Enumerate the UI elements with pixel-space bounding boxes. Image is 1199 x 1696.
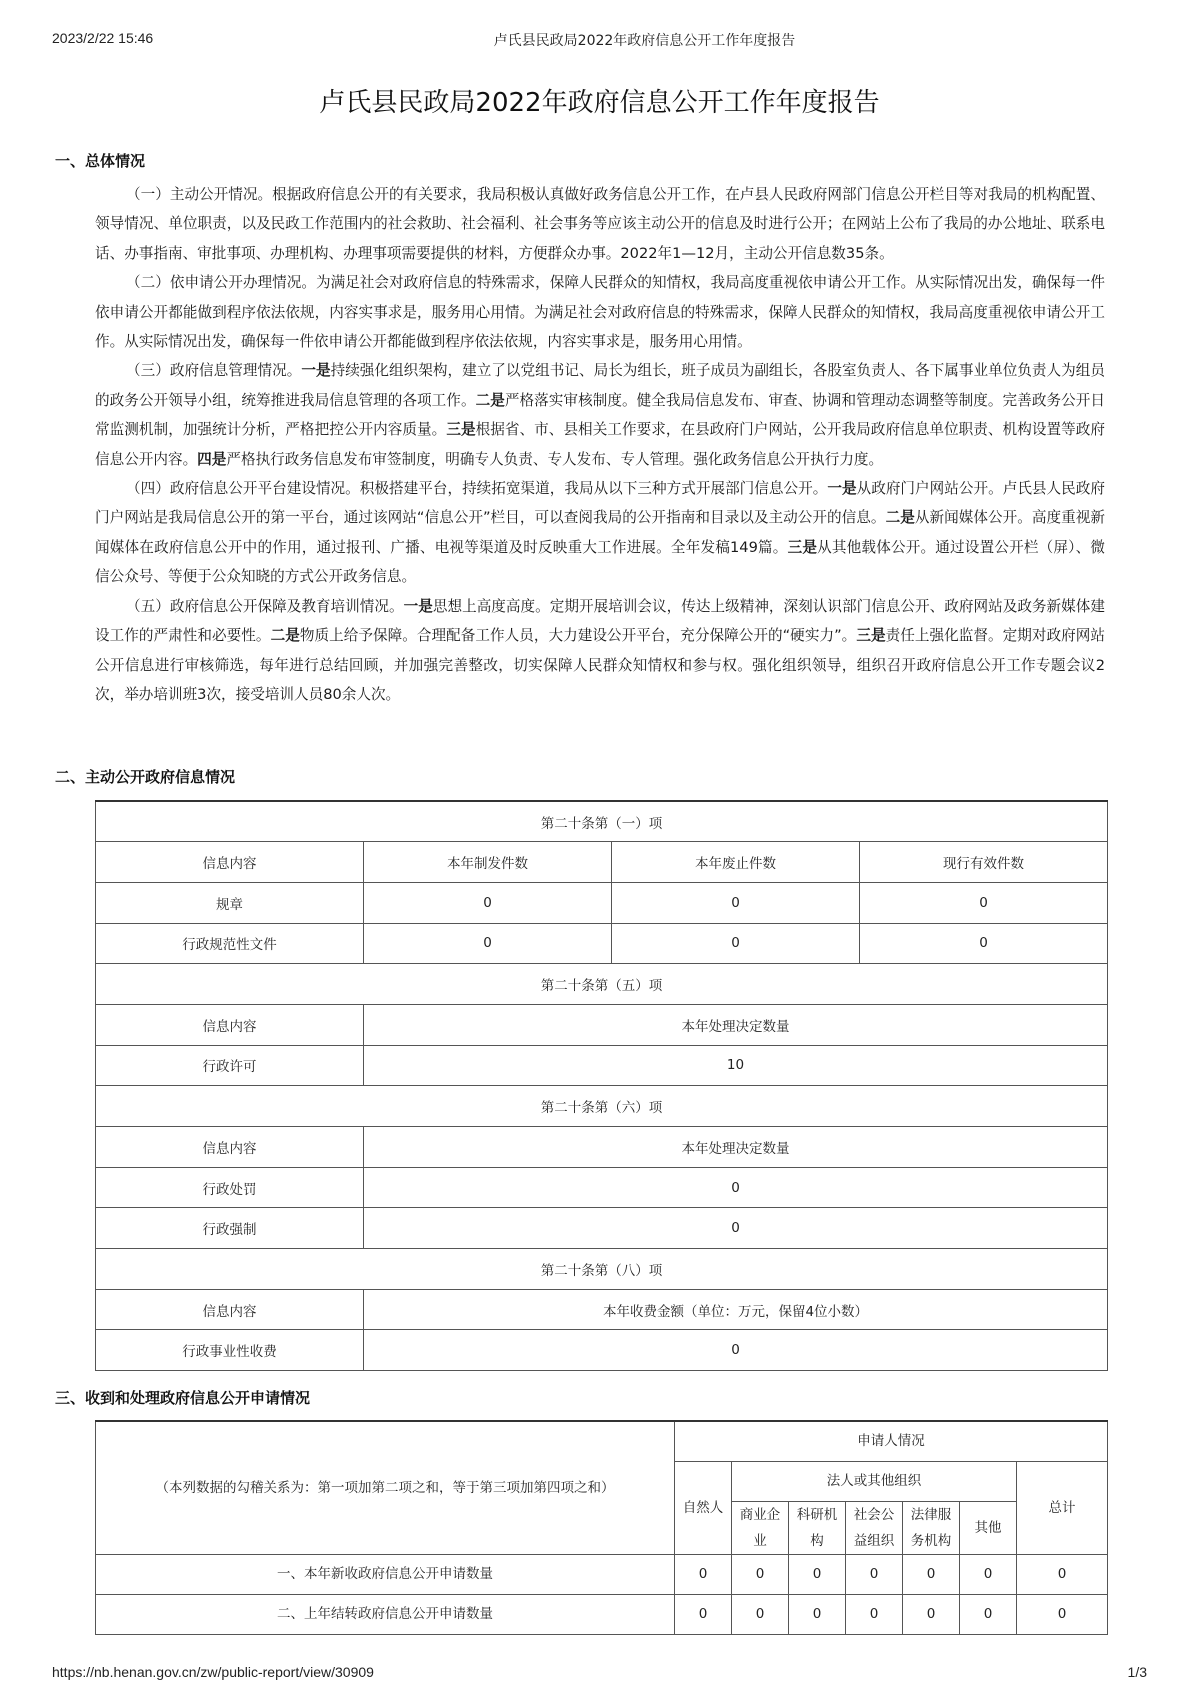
table-cell: 10 bbox=[364, 1045, 1108, 1086]
table-cell: 0 bbox=[364, 1208, 1108, 1249]
proactive-disclosure-table: 第二十条第（一）项 信息内容 本年制发件数 本年废止件数 现行有效件数 规章 0… bbox=[95, 800, 1108, 1371]
table-cell: 0 bbox=[903, 1554, 960, 1594]
emphasis-text: 二是 bbox=[271, 627, 300, 644]
emphasis-text: 二是 bbox=[476, 392, 505, 409]
table-cell: 0 bbox=[960, 1594, 1017, 1634]
table-cell: 0 bbox=[789, 1594, 846, 1634]
table-cell: 0 bbox=[732, 1594, 789, 1634]
table-cell: 0 bbox=[1017, 1554, 1108, 1594]
column-header: 本年废止件数 bbox=[612, 842, 860, 883]
column-header: 信息内容 bbox=[96, 1289, 364, 1330]
item8-title: 第二十条第（八）项 bbox=[96, 1249, 1108, 1290]
paragraph-text: （一）主动公开情况。根据政府信息公开的有关要求，我局积极认真做好政务信息公开工作… bbox=[95, 186, 1105, 262]
table-cell: 0 bbox=[960, 1554, 1017, 1594]
table-cell: 0 bbox=[364, 1167, 1108, 1208]
emphasis-text: 三是 bbox=[446, 421, 475, 438]
column-header: 本年处理决定数量 bbox=[364, 1127, 1108, 1168]
print-footer-url: https://nb.henan.gov.cn/zw/public-report… bbox=[52, 1664, 374, 1680]
section-heading-overview: 一、总体情况 bbox=[55, 150, 145, 171]
section-heading-requests: 三、收到和处理政府信息公开申请情况 bbox=[55, 1387, 310, 1408]
table-cell: 行政强制 bbox=[96, 1208, 364, 1249]
column-header: 信息内容 bbox=[96, 1127, 364, 1168]
body-paragraph: （一）主动公开情况。根据政府信息公开的有关要求，我局积极认真做好政务信息公开工作… bbox=[95, 180, 1105, 268]
subcol-header: 科研机构 bbox=[789, 1501, 846, 1554]
table-row: 行政许可 10 bbox=[96, 1045, 1108, 1086]
table-row: 二、上年结转政府信息公开申请数量 0 0 0 0 0 0 0 bbox=[96, 1594, 1108, 1634]
table-cell: 行政事业性收费 bbox=[96, 1330, 364, 1371]
emphasis-text: 三是 bbox=[788, 539, 818, 556]
paragraph-text: （三）政府信息管理情况。 bbox=[126, 362, 301, 379]
natural-person-header: 自然人 bbox=[675, 1461, 732, 1554]
table-cell: 0 bbox=[732, 1554, 789, 1594]
table-cell: 0 bbox=[860, 923, 1108, 964]
emphasis-text: 一是 bbox=[404, 598, 433, 615]
table-row: 第二十条第（八）项 bbox=[96, 1249, 1108, 1290]
column-header: 本年收费金额（单位：万元，保留4位小数） bbox=[364, 1289, 1108, 1330]
row-label: 一、本年新收政府信息公开申请数量 bbox=[96, 1554, 675, 1594]
column-header: 信息内容 bbox=[96, 842, 364, 883]
column-header: 本年制发件数 bbox=[364, 842, 612, 883]
table-cell: 0 bbox=[612, 923, 860, 964]
table-row: 一、本年新收政府信息公开申请数量 0 0 0 0 0 0 0 bbox=[96, 1554, 1108, 1594]
table-cell: 0 bbox=[675, 1594, 732, 1634]
table-cell: 规章 bbox=[96, 882, 364, 923]
column-header: 现行有效件数 bbox=[860, 842, 1108, 883]
table-cell: 行政处罚 bbox=[96, 1167, 364, 1208]
emphasis-text: 四是 bbox=[197, 451, 226, 468]
body-paragraph: （三）政府信息管理情况。一是持续强化组织架构，建立了以党组书记、局长为组长，班子… bbox=[95, 356, 1105, 474]
table-header-row: 信息内容 本年收费金额（单位：万元，保留4位小数） bbox=[96, 1289, 1108, 1330]
section-overview-body: （一）主动公开情况。根据政府信息公开的有关要求，我局积极认真做好政务信息公开工作… bbox=[95, 180, 1105, 709]
emphasis-text: 一是 bbox=[301, 362, 330, 379]
table-row: 行政处罚 0 bbox=[96, 1167, 1108, 1208]
table-header-row: （本列数据的勾稽关系为：第一项加第二项之和，等于第三项加第四项之和） 申请人情况 bbox=[96, 1421, 1108, 1461]
table-row: 规章 0 0 0 bbox=[96, 882, 1108, 923]
table-cell: 0 bbox=[903, 1594, 960, 1634]
table-row: 第二十条第（六）项 bbox=[96, 1086, 1108, 1127]
print-footer-page-number: 1/3 bbox=[1128, 1664, 1147, 1680]
item1-title: 第二十条第（一）项 bbox=[96, 801, 1108, 842]
body-paragraph: （二）依申请公开办理情况。为满足社会对政府信息的特殊需求，保障人民群众的知情权，… bbox=[95, 268, 1105, 356]
section-heading-proactive-disclosure: 二、主动公开政府信息情况 bbox=[55, 766, 235, 787]
paragraph-text: 严格执行政务信息发布审签制度，明确专人负责、专人发布、专人管理。强化政务信息公开… bbox=[226, 451, 883, 468]
document-title: 卢氏县民政局2022年政府信息公开工作年度报告 bbox=[0, 82, 1199, 119]
table-header-row: 信息内容 本年处理决定数量 bbox=[96, 1127, 1108, 1168]
item6-title: 第二十条第（六）项 bbox=[96, 1086, 1108, 1127]
table-header-row: 信息内容 本年处理决定数量 bbox=[96, 1004, 1108, 1045]
emphasis-text: 二是 bbox=[886, 509, 915, 526]
table-cell: 0 bbox=[364, 1330, 1108, 1371]
body-paragraph: （四）政府信息公开平台建设情况。积极搭建平台，持续拓宽渠道，我局从以下三种方式开… bbox=[95, 474, 1105, 592]
table-row: 行政强制 0 bbox=[96, 1208, 1108, 1249]
table-cell: 0 bbox=[364, 923, 612, 964]
table-row: 第二十条第（五）项 bbox=[96, 964, 1108, 1005]
emphasis-text: 三是 bbox=[856, 627, 885, 644]
paragraph-text: （二）依申请公开办理情况。为满足社会对政府信息的特殊需求，保障人民群众的知情权，… bbox=[95, 274, 1105, 350]
total-header: 总计 bbox=[1017, 1461, 1108, 1554]
paragraph-text: （四）政府信息公开平台建设情况。积极搭建平台，持续拓宽渠道，我局从以下三种方式开… bbox=[126, 480, 827, 497]
column-header: 信息内容 bbox=[96, 1004, 364, 1045]
table-cell: 0 bbox=[860, 882, 1108, 923]
table-row: 行政事业性收费 0 bbox=[96, 1330, 1108, 1371]
requests-table: （本列数据的勾稽关系为：第一项加第二项之和，等于第三项加第四项之和） 申请人情况… bbox=[95, 1420, 1108, 1635]
subcol-header: 其他 bbox=[960, 1501, 1017, 1554]
body-paragraph: （五）政府信息公开保障及教育培训情况。一是思想上高度高度。定期开展培训会议，传达… bbox=[95, 592, 1105, 710]
table-cell: 0 bbox=[1017, 1594, 1108, 1634]
table-cell: 行政规范性文件 bbox=[96, 923, 364, 964]
row-label: 二、上年结转政府信息公开申请数量 bbox=[96, 1594, 675, 1634]
emphasis-text: 一是 bbox=[827, 480, 856, 497]
item5-title: 第二十条第（五）项 bbox=[96, 964, 1108, 1005]
table-cell: 0 bbox=[846, 1554, 903, 1594]
paragraph-text: 物质上给予保障。合理配备工作人员，大力建设公开平台，充分保障公开的“硬实力”。 bbox=[300, 627, 856, 644]
subcol-header: 法律服务机构 bbox=[903, 1501, 960, 1554]
table-header-row: 信息内容 本年制发件数 本年废止件数 现行有效件数 bbox=[96, 842, 1108, 883]
table-cell: 0 bbox=[846, 1594, 903, 1634]
table-row: 第二十条第（一）项 bbox=[96, 801, 1108, 842]
subcol-header: 社会公益组织 bbox=[846, 1501, 903, 1554]
applicant-header: 申请人情况 bbox=[675, 1421, 1108, 1461]
table-row: 行政规范性文件 0 0 0 bbox=[96, 923, 1108, 964]
legal-group-header: 法人或其他组织 bbox=[732, 1461, 1017, 1501]
table-cell: 0 bbox=[789, 1554, 846, 1594]
paragraph-text: （五）政府信息公开保障及教育培训情况。 bbox=[126, 598, 404, 615]
print-header-title: 卢氏县民政局2022年政府信息公开工作年度报告 bbox=[0, 30, 1199, 50]
subcol-header: 商业企业 bbox=[732, 1501, 789, 1554]
requests-note: （本列数据的勾稽关系为：第一项加第二项之和，等于第三项加第四项之和） bbox=[96, 1421, 675, 1554]
column-header: 本年处理决定数量 bbox=[364, 1004, 1108, 1045]
table-cell: 行政许可 bbox=[96, 1045, 364, 1086]
table-cell: 0 bbox=[364, 882, 612, 923]
table-cell: 0 bbox=[675, 1554, 732, 1594]
table-cell: 0 bbox=[612, 882, 860, 923]
